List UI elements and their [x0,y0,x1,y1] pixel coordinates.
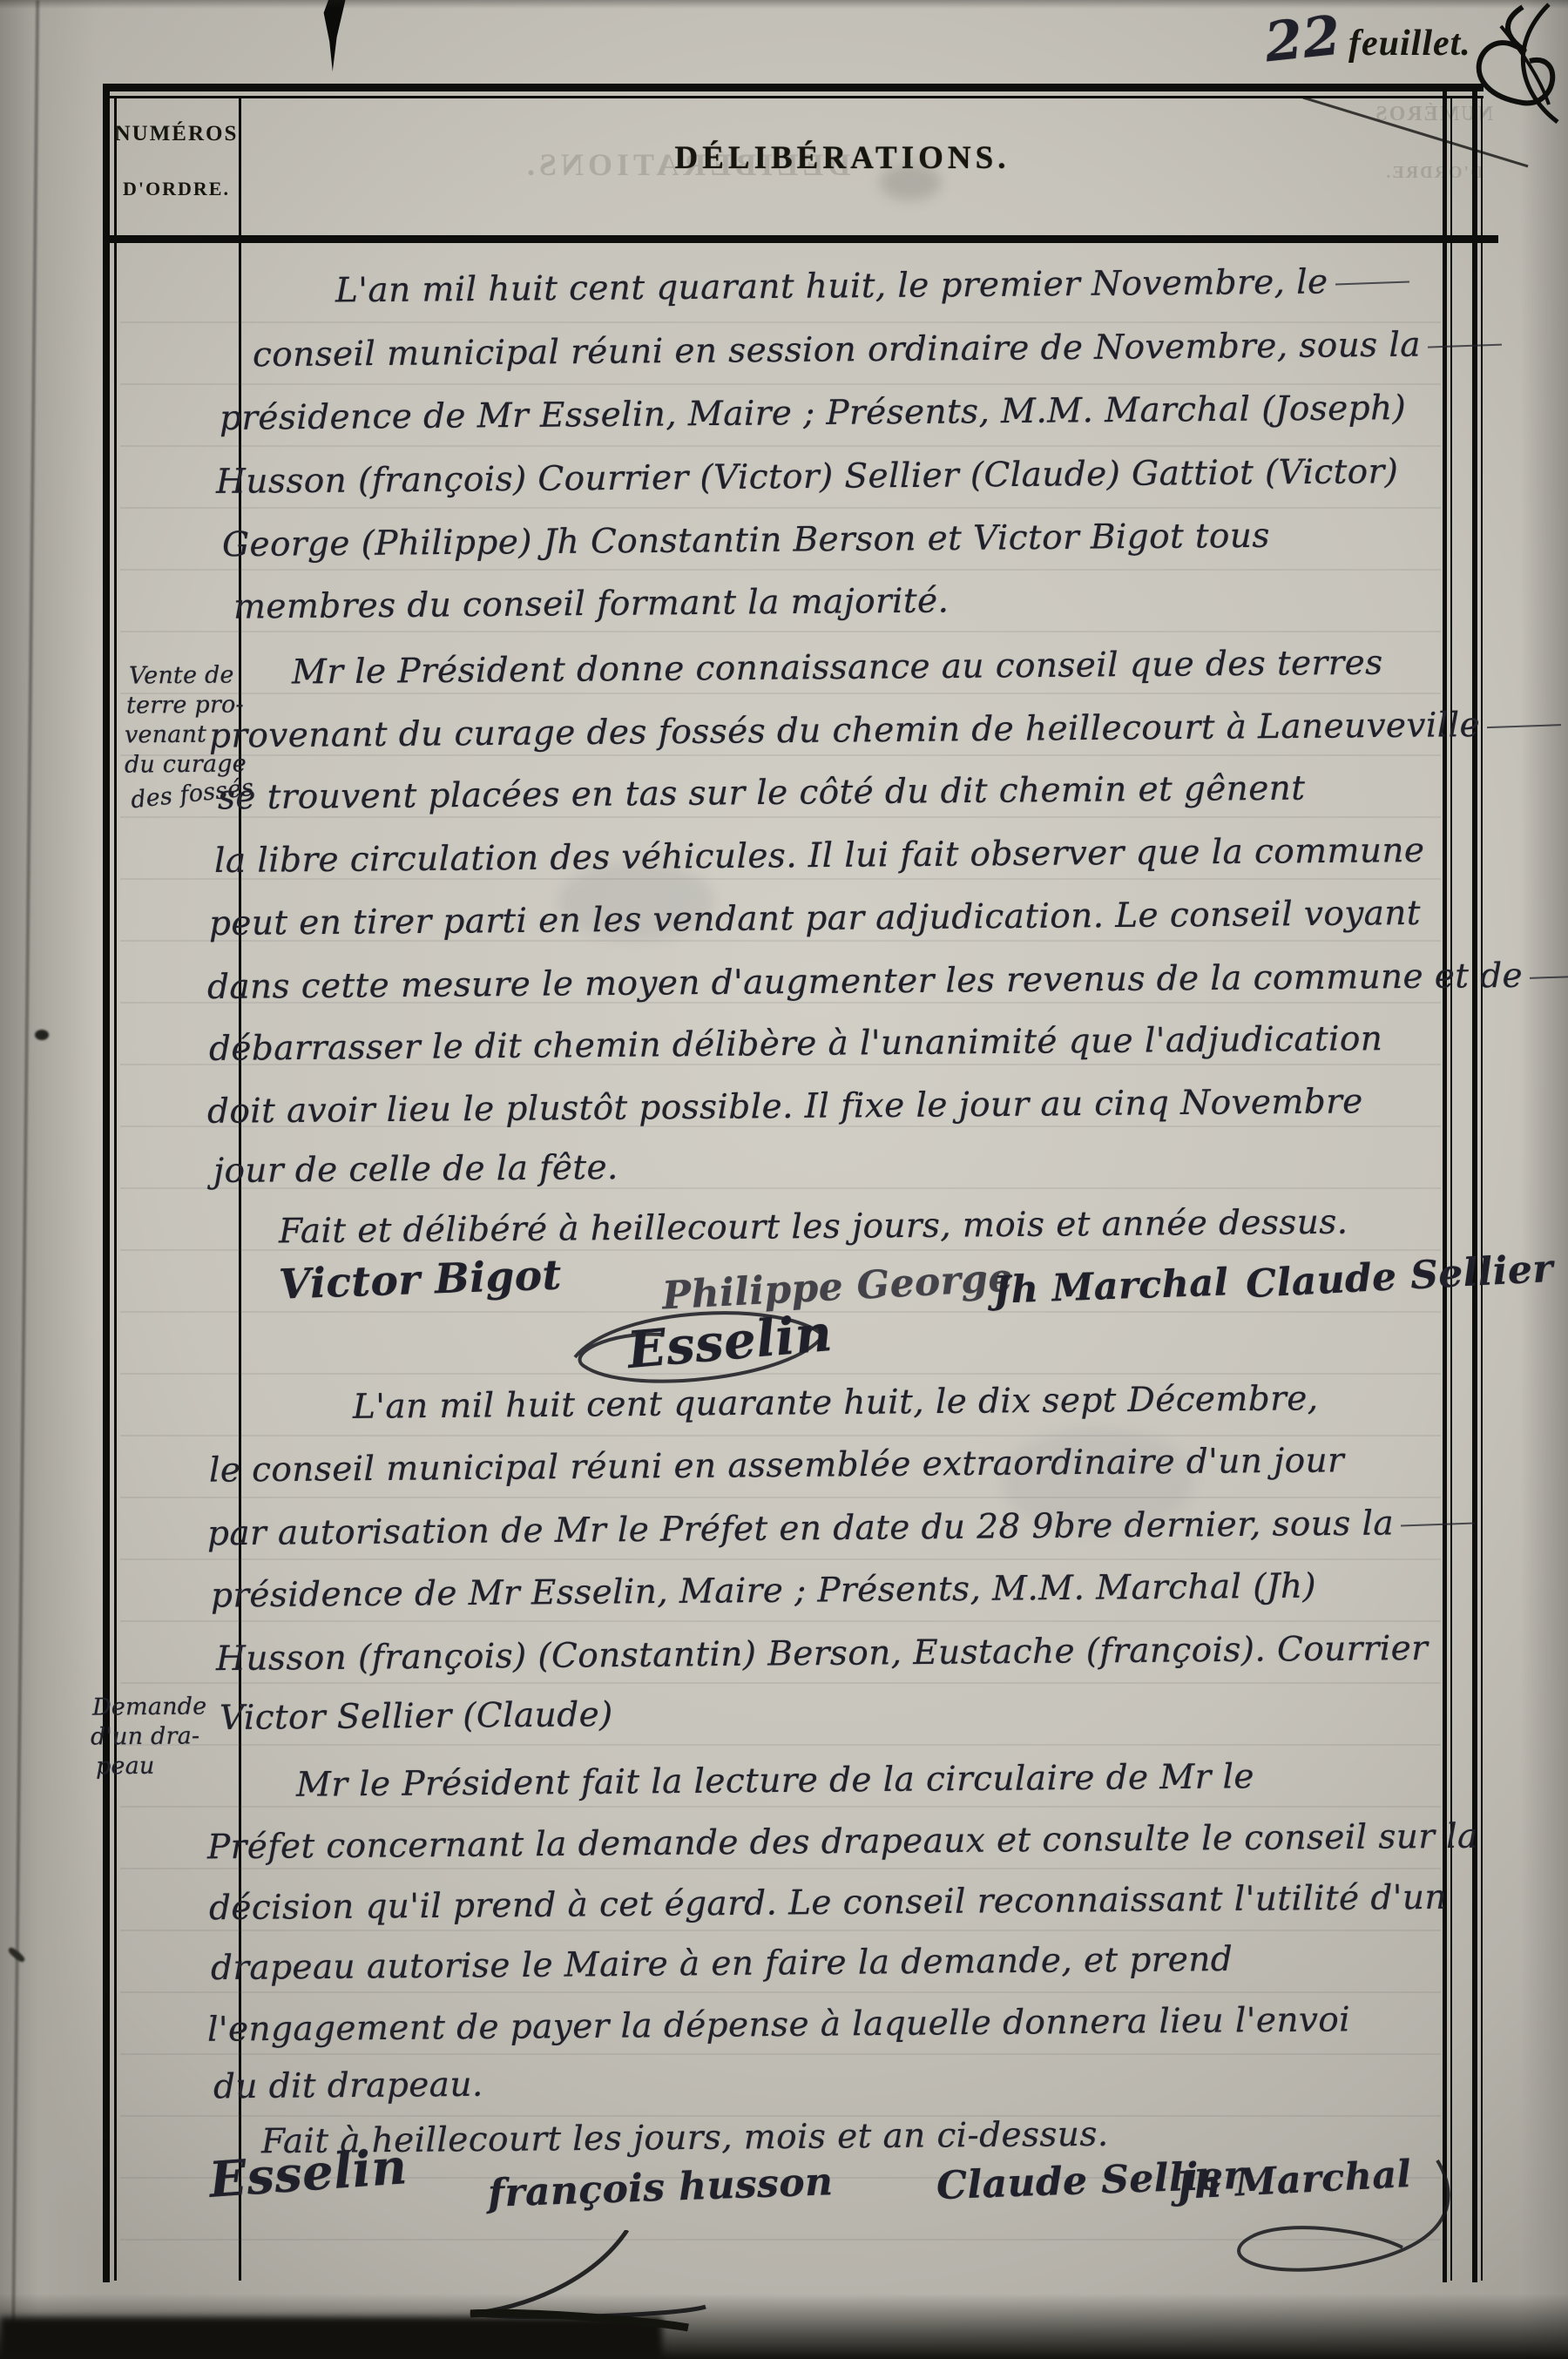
folio-word: feuillet. [1348,23,1471,64]
table-border-right-inner-b [1450,96,1452,2281]
entry1-line: dans cette mesure le moyen d'augmenter l… [207,956,1568,1007]
husson-flourish [418,2230,784,2335]
entry2-line: le conseil municipal réuni en assemblée … [209,1441,1344,1490]
entry1-line: jour de celle de la fête. [213,1148,618,1191]
entry2-line: par autorisation de Mr le Préfet en date… [207,1504,1475,1554]
margin-note1-line: venant [125,721,206,749]
entry2-line: L'an mil huit cent quarante huit, le dix… [353,1379,1319,1427]
entry1-line: se trouvent placées en tas sur le côté d… [218,769,1306,818]
margin-note2-line: Demande [92,1693,207,1720]
entry1-line: George (Philippe) Jh Constantin Berson e… [222,517,1270,564]
entry1-line: membres du conseil formant la majorité. [233,581,950,626]
table-border-top [103,84,1484,91]
signature-victor-bigot: Victor Bigot [278,1251,562,1308]
page-bottom-shadow-left [0,2317,662,2359]
entry1-line: conseil municipal réuni en session ordin… [253,325,1502,375]
header-bottom-rule [106,235,1498,243]
entry2-line: Victor Sellier (Claude) [220,1695,613,1738]
entry2-line: décision qu'il prend à cet égard. Le con… [209,1878,1447,1928]
margin-note1-line: terre pro- [126,691,244,719]
table-border-right-outer-b [1481,96,1483,2281]
entry2-line: l'engagement de payer la dépense à laque… [207,2000,1350,2049]
table-border-left-inner [114,96,117,2281]
entry1-line: la libre circulation des véhicules. Il l… [214,831,1425,881]
signature-esselin-maire: Esselin [625,1303,834,1380]
entry1-line: L'an mil huit cent quarant huit, le prem… [335,262,1409,311]
numeros-header-line2: D'ORDRE. [114,178,239,200]
ink-blot [321,0,347,71]
folio-number: 22 [1261,3,1343,75]
table-border-right-inner [1443,84,1447,2282]
page-right-edge [1520,0,1568,2359]
paraph-flourish [1418,0,1568,131]
entry1-line: présidence de Mr Esselin, Maire ; Présen… [220,389,1407,438]
entry2-line: Préfet concernant la demande des drapeau… [207,1817,1478,1868]
signature-esselin: Esselin [207,2138,409,2209]
entry1-line: provenant du curage des fossés du chemin… [209,705,1561,756]
margin-note2-line: peau [96,1753,155,1781]
entry2-line: Husson (françois) (Constantin) Berson, E… [216,1629,1429,1679]
stitch-mark [7,1946,26,1964]
book-binding-edge [0,0,96,2359]
table-border-top-inner [103,96,1484,98]
signature-jh-marchal: Jh Marchal [992,1261,1229,1312]
page-bottom-shadow [0,2294,1568,2359]
table-border-left [103,84,110,2282]
entry2-line: drapeau autorise le Maire à en faire la … [211,1940,1233,1988]
stitch-mark [35,1030,49,1040]
deliberations-header-cell: DÉLIBÉRATIONS. [241,139,1443,177]
entry2-line: du dit drapeau. [213,2065,483,2107]
entry1-line: doit avoir lieu le plustôt possible. Il … [207,1082,1363,1132]
numeros-header-line1: NUMÉROS [114,122,239,146]
entry2-line: présidence de Mr Esselin, Maire ; Présen… [211,1566,1316,1615]
entry2-line: Mr le Président fait la lecture de la ci… [296,1757,1254,1805]
page-fold-line [11,0,39,2359]
register-page-scan: 22 feuillet. NUMÉROS D'ORDRE. DÉLIBÉRATI… [0,0,1568,2359]
deliberations-title: DÉLIBÉRATIONS. [675,139,1010,177]
entry1-line: peut en tirer parti en les vendant par a… [209,894,1421,943]
entry1-line: débarrasser le dit chemin délibère à l'u… [209,1019,1383,1069]
entry1-closing: Fait et délibéré à heillecourt les jours… [279,1203,1348,1252]
signature-francois-husson: françois husson [487,2160,834,2216]
entry1-line: Husson (françois) Courrier (Victor) Sell… [216,452,1399,502]
signature-claude-sellier: Claude Sellier [1245,1247,1554,1307]
margin-note2-line: d'un dra- [91,1722,200,1750]
margin-note1-line: Vente de [129,661,234,689]
table-border-right-outer [1472,84,1477,2282]
numeros-header-cell: NUMÉROS D'ORDRE. [114,122,239,200]
signature-philippe-george: Philippe George [661,1255,1014,1318]
entry1-line: Mr le Président donne connaissance au co… [292,644,1383,693]
